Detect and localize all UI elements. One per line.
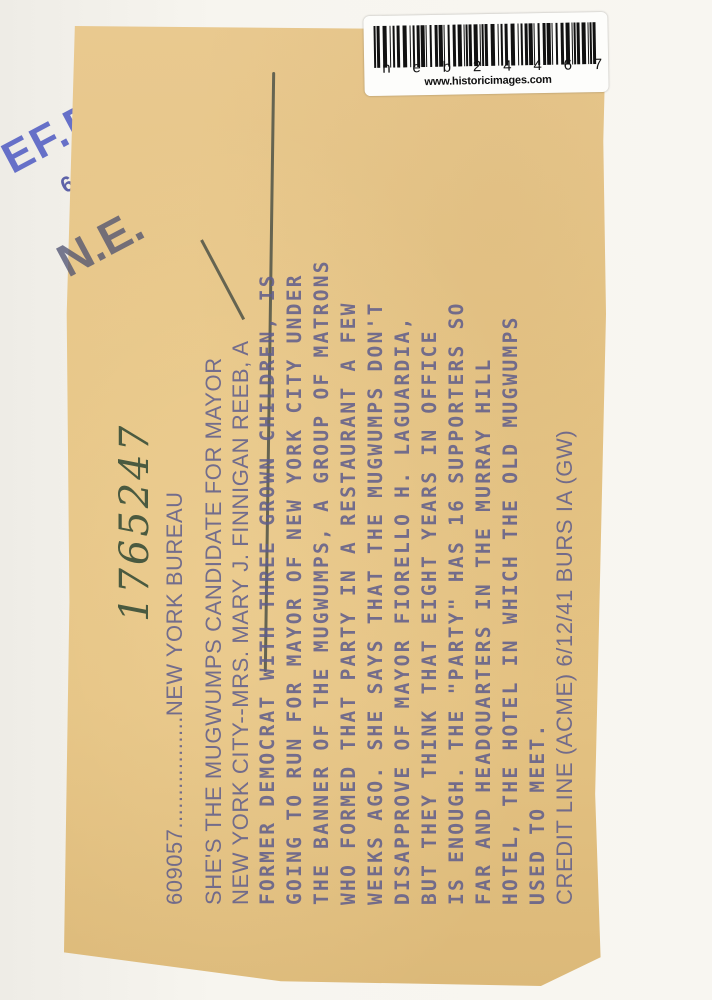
caption-line: CREDIT LINE (ACME) 6/12/41 BURS IA (GW) (551, 65, 578, 905)
caption-line: DISAPPROVE OF MAYOR FIORELLO H. LAGUARDI… (389, 65, 416, 905)
caption-text-block: 609057.................NEW YORK BUREAU S… (160, 65, 578, 905)
handwritten-number: 1765247 (112, 423, 158, 622)
caption-line: WHO FORMED THAT PARTY IN A RESTAURANT A … (335, 65, 362, 905)
caption-line: USED TO MEET. (524, 65, 551, 905)
caption-line: WEEKS AGO. SHE SAYS THAT THE MUGWUMPS DO… (362, 65, 389, 905)
caption-line: IS ENOUGH. THE "PARTY" HAS 16 SUPPORTERS… (443, 65, 470, 905)
caption-line: THE BANNER OF THE MUGWUMPS, A GROUP OF M… (308, 65, 335, 905)
caption-line: NEW YORK CITY--MRS. MARY J. FINNIGAN REE… (227, 65, 254, 905)
caption-line: FAR AND HEADQUARTERS IN THE MURRAY HILL (470, 65, 497, 905)
caption-header: 609057.................NEW YORK BUREAU (160, 65, 190, 905)
caption-line: FORMER DEMOCRAT WITH THREE GROWN CHILDRE… (254, 65, 281, 905)
caption-line: HOTEL, THE HOTEL IN WHICH THE OLD MUGWUM… (497, 65, 524, 905)
caption-body: SHE'S THE MUGWUMPS CANDIDATE FOR MAYORNE… (200, 65, 578, 905)
caption-line: BUT THEY THINK THAT EIGHT YEARS IN OFFIC… (416, 65, 443, 905)
barcode-digit: 7 (594, 56, 603, 73)
caption-line: GOING TO RUN FOR MAYOR OF NEW YORK CITY … (281, 65, 308, 905)
caption-line: SHE'S THE MUGWUMPS CANDIDATE FOR MAYOR (200, 65, 227, 905)
